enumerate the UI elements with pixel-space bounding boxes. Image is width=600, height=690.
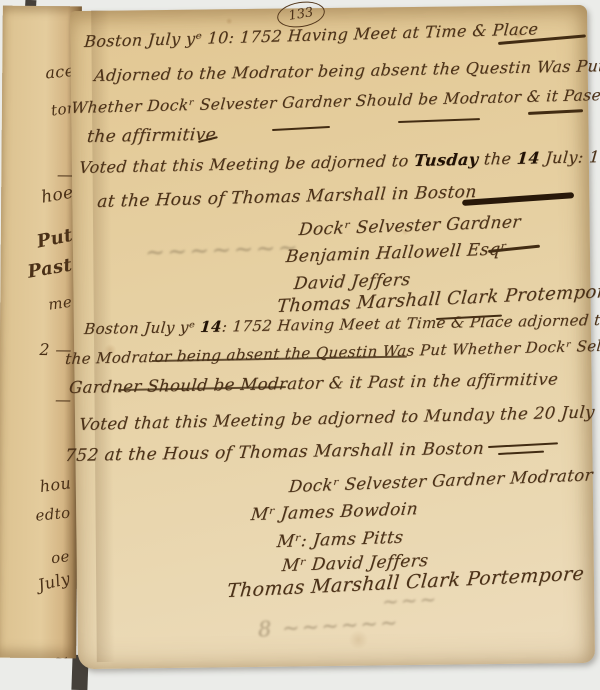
- overwritten-date: 14: [199, 318, 222, 336]
- manuscript-line: the affirmitive: [86, 125, 217, 147]
- margin-fragment: hoe: [39, 183, 74, 208]
- overwritten-day: Tusday: [413, 150, 479, 170]
- margin-fragment: Put: [35, 225, 75, 253]
- margin-fragment: me: [47, 293, 73, 314]
- ink-bleedthrough: ~~~~~~~: [145, 233, 301, 266]
- margin-fragment: Past: [26, 255, 74, 283]
- vote-text: July: 1752: [539, 146, 600, 167]
- margin-fragment: oe: [50, 547, 71, 567]
- margin-fragment: hou: [38, 473, 72, 496]
- vote-text: the: [478, 149, 518, 169]
- margin-fragment: edto: [34, 503, 71, 524]
- page-number: 133: [288, 5, 315, 24]
- overwritten-date: 14: [516, 148, 541, 168]
- manuscript-scan: ace tor — hoe Put Past me 2 — — hou edto…: [0, 0, 600, 690]
- heading-text: Boston July yᵉ: [83, 318, 201, 338]
- margin-fragment: July: [36, 569, 72, 595]
- previous-page-edge: ace tor — hoe Put Past me 2 — — hou edto…: [0, 6, 82, 659]
- margin-fragment: ~: [51, 645, 70, 658]
